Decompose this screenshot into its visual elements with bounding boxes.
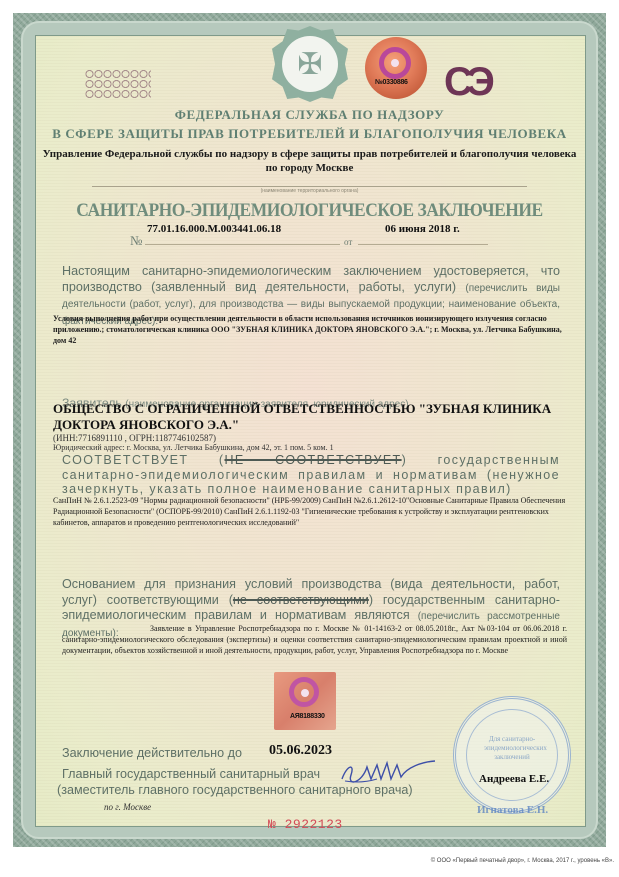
applicant-name: ОБЩЕСТВО С ОГРАНИЧЕННОЙ ОТВЕТСТВЕННОСТЬЮ… [53, 401, 568, 433]
rospotrebnadzor-mark-icon [289, 677, 319, 707]
conformity-word: СООТВЕТСТВУЕТ [62, 453, 188, 467]
signer-name: Андреева Е.Е. [479, 773, 549, 785]
activity-conditions: Условия выполнения работ при осуществлен… [53, 313, 568, 346]
stamp-caption: Для санитарно-эпидемиологических заключе… [456, 735, 568, 762]
hologram-number: №0330886 [375, 79, 408, 86]
conclusion-date: 06 июня 2018 г. [385, 223, 460, 235]
conclusion-number: 77.01.16.000.М.003441.06.18 [147, 223, 281, 235]
stamp-holder-name: Игнатова Е.Н. [477, 804, 548, 816]
department-name: Управление Федеральной службы по надзору… [0, 147, 619, 175]
organ-underline [92, 186, 527, 187]
struck-nonconforming: не соответствующими [233, 593, 369, 607]
basis-paragraph: Основанием для признания условий произво… [62, 577, 560, 641]
basis-documents: Заявление в Управление Роспотребнадзора … [62, 623, 567, 656]
valid-until-label: Заключение действительно до [62, 746, 242, 760]
double-eagle-emblem-icon: ✠ [282, 36, 338, 92]
blank-serial-number: № 2922123 [268, 817, 343, 832]
chief-doctor-label: Главный государственный санитарный врач [62, 767, 320, 781]
printer-imprint: © ООО «Первый печатный двор», г. Москва,… [330, 858, 614, 864]
department-line1: Управление Федеральной службы по надзору… [0, 147, 619, 161]
number-label: № [130, 233, 142, 249]
applicant-ids: (ИНН:7716891110 , ОГРН:1187746102587) [53, 433, 216, 443]
department-line2: по городу Москве [0, 161, 619, 175]
document-title: САНИТАРНО-ЭПИДЕМИОЛОГИЧЕСКОЕ ЗАКЛЮЧЕНИЕ [25, 200, 594, 222]
rospotrebnadzor-mark-icon [379, 47, 411, 79]
agency-title-line1: ФЕДЕРАЛЬНАЯ СЛУЖБА ПО НАДЗОРУ [0, 107, 619, 123]
hologram-sticker-top: №0330886 [365, 37, 427, 99]
valid-until-date: 05.06.2023 [269, 743, 332, 759]
se-logo: СЭ [444, 62, 489, 102]
official-stamp: Для санитарно-эпидемиологических заключе… [453, 696, 571, 814]
applicant-legal-address: Юридический адрес: г. Москва, ул. Летчик… [53, 443, 334, 452]
organ-caption: (наименование территориального органа) [0, 188, 619, 194]
from-label: от [344, 237, 352, 247]
hologram-number: АЯ8188330 [290, 713, 325, 720]
date-underline [358, 244, 488, 245]
signature-icon [337, 757, 437, 787]
struck-nonconformity: НЕ СООТВЕТСТВУЕТ [225, 453, 402, 467]
agency-title-line2: В СФЕРЕ ЗАЩИТЫ ПРАВ ПОТРЕБИТЕЛЕЙ И БЛАГО… [0, 126, 619, 142]
city-label: по г. Москве [104, 802, 151, 812]
security-pattern [85, 69, 151, 99]
hologram-sticker-bottom: АЯ8188330 [274, 672, 336, 730]
number-underline [145, 244, 340, 245]
sanitary-rules-list: СанПиН № 2.6.1.2523-09 "Нормы радиационн… [53, 495, 568, 528]
conformity-paragraph: СООТВЕТСТВУЕТ (НЕ СООТВЕТСТВУЕТ) государ… [62, 453, 560, 497]
